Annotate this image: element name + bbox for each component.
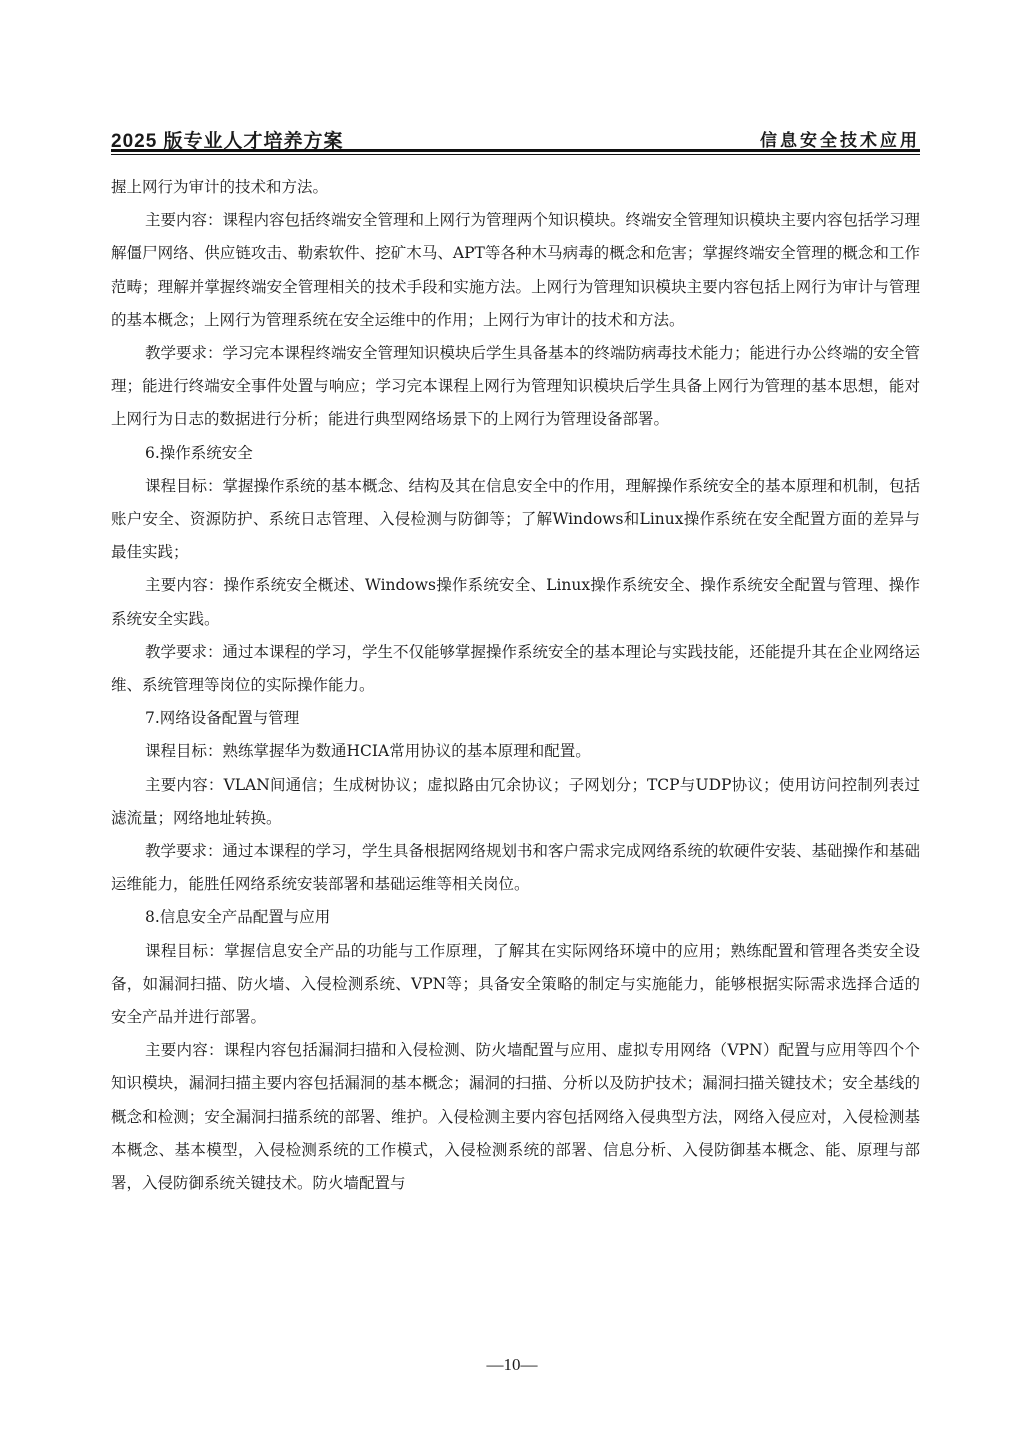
paragraph-course-objective: 课程目标：掌握信息安全产品的功能与工作原理，了解其在实际网络环境中的应用；熟练配… (111, 935, 920, 1035)
program-name: 信息安全技术应用 (760, 126, 920, 151)
section-heading-network-devices: 7.网络设备配置与管理 (111, 702, 920, 735)
section-heading-security-products: 8.信息安全产品配置与应用 (111, 901, 920, 934)
paragraph-main-content: 主要内容：操作系统安全概述、Windows操作系统安全、Linux操作系统安全、… (111, 569, 920, 635)
page-header: 2025 版专业人才培养方案 信息安全技术应用 (111, 126, 920, 150)
paragraph-main-content: 主要内容：课程内容包括漏洞扫描和入侵检测、防火墙配置与应用、虚拟专用网络（VPN… (111, 1034, 920, 1200)
header-rule-thin (111, 154, 920, 155)
section-heading-os-security: 6.操作系统安全 (111, 437, 920, 470)
header-rule-thick (111, 149, 920, 152)
paragraph-course-objective: 课程目标：掌握操作系统的基本概念、结构及其在信息安全中的作用，理解操作系统安全的… (111, 470, 920, 570)
paragraph-teaching-requirements: 教学要求：通过本课程的学习，学生不仅能够掌握操作系统安全的基本理论与实践技能，还… (111, 636, 920, 702)
page-body: 握上网行为审计的技术和方法。 主要内容：课程内容包括终端安全管理和上网行为管理两… (111, 171, 920, 1200)
paragraph-teaching-requirements: 教学要求：学习完本课程终端安全管理知识模块后学生具备基本的终端防病毒技术能力；能… (111, 337, 920, 437)
paragraph-continuation: 握上网行为审计的技术和方法。 (111, 171, 920, 204)
paragraph-main-content: 主要内容：VLAN间通信；生成树协议；虚拟路由冗余协议；子网划分；TCP与UDP… (111, 769, 920, 835)
paragraph-course-objective: 课程目标：熟练掌握华为数通HCIA常用协议的基本原理和配置。 (111, 735, 920, 768)
paragraph-main-content: 主要内容：课程内容包括终端安全管理和上网行为管理两个知识模块。终端安全管理知识模… (111, 204, 920, 337)
paragraph-teaching-requirements: 教学要求：通过本课程的学习，学生具备根据网络规划书和客户需求完成网络系统的软硬件… (111, 835, 920, 901)
page-number: —10— (0, 1355, 1024, 1375)
